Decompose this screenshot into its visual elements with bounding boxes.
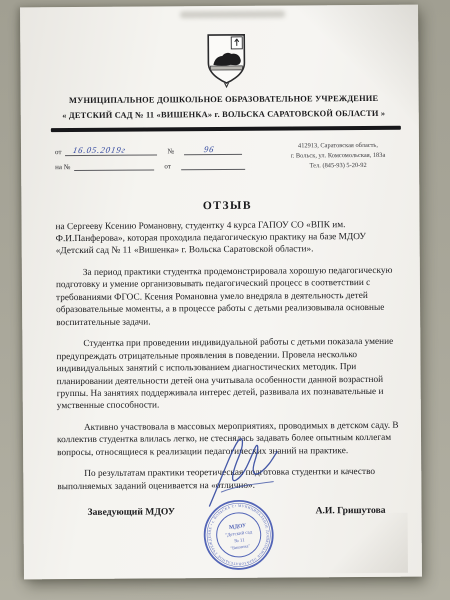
round-official-stamp: • МУНИЦИПАЛЬНОЕ ДОШКОЛЬНОЕ ОБРАЗОВАТЕЛЬН…	[191, 487, 287, 583]
document-title: ОТЗЫВ	[21, 198, 419, 213]
date-number-line: от 16.05.2019г № 96	[55, 140, 260, 156]
stamp-line-vishenka: "Вишенка"	[230, 543, 250, 551]
date-field: 16.05.2019г	[65, 142, 157, 156]
number-field: 96	[184, 142, 242, 155]
signer-name: А.И. Гришутова	[316, 505, 386, 516]
reply-number-label: на №	[55, 163, 70, 171]
handwritten-date: 16.05.2019г	[73, 144, 128, 154]
paper-corner-fold	[318, 513, 408, 574]
paragraph-individual-work: Студентка при проведении индивидуальной …	[56, 336, 405, 413]
paragraph-addressee: на Сергееву Ксению Романовну, студентку …	[55, 218, 403, 258]
paragraph-practice-summary: За период практики студентка продемонстр…	[56, 265, 404, 330]
stamp-line-kindergarten: "Детский сад	[225, 530, 253, 539]
handwritten-number: 96	[203, 144, 215, 154]
reference-block: от 16.05.2019г № 96 на № от 412913, Сара…	[55, 138, 409, 173]
outgoing-reference-fields: от 16.05.2019г № 96 на № от	[55, 140, 260, 171]
reply-reference-line: на № от	[55, 155, 260, 171]
reply-date-field	[181, 157, 245, 170]
document-page: МУНИЦИПАЛЬНОЕ ДОШКОЛЬНОЕ ОБРАЗОВАТЕЛЬНОЕ…	[20, 5, 422, 580]
organization-header: МУНИЦИПАЛЬНОЕ ДОШКОЛЬНОЕ ОБРАЗОВАТЕЛЬНОЕ…	[21, 92, 419, 124]
address-block: 412913, Саратовская область, г. Вольск, …	[267, 138, 409, 172]
photo-of-document: { "photo": { "wall_color": "#a8a699", "p…	[0, 0, 450, 600]
address-line3: Тел. (845-93) 5-20-92	[267, 161, 409, 172]
reply-from-label: от	[164, 162, 171, 170]
signer-position: Заведующий МДОУ	[87, 506, 174, 518]
org-name-line2: « ДЕТСКИЙ САД № 11 «ВИШЕНКА» г. ВОЛЬСКА …	[55, 106, 393, 123]
volsk-coat-of-arms-icon	[186, 32, 252, 90]
stamp-line-mdou: МДОУ	[229, 523, 247, 531]
header-divider-rule	[51, 126, 401, 132]
reply-number-field	[74, 157, 154, 171]
from-label: от	[55, 148, 62, 156]
number-label: №	[167, 147, 174, 155]
pencil-note-smudge	[180, 11, 285, 19]
